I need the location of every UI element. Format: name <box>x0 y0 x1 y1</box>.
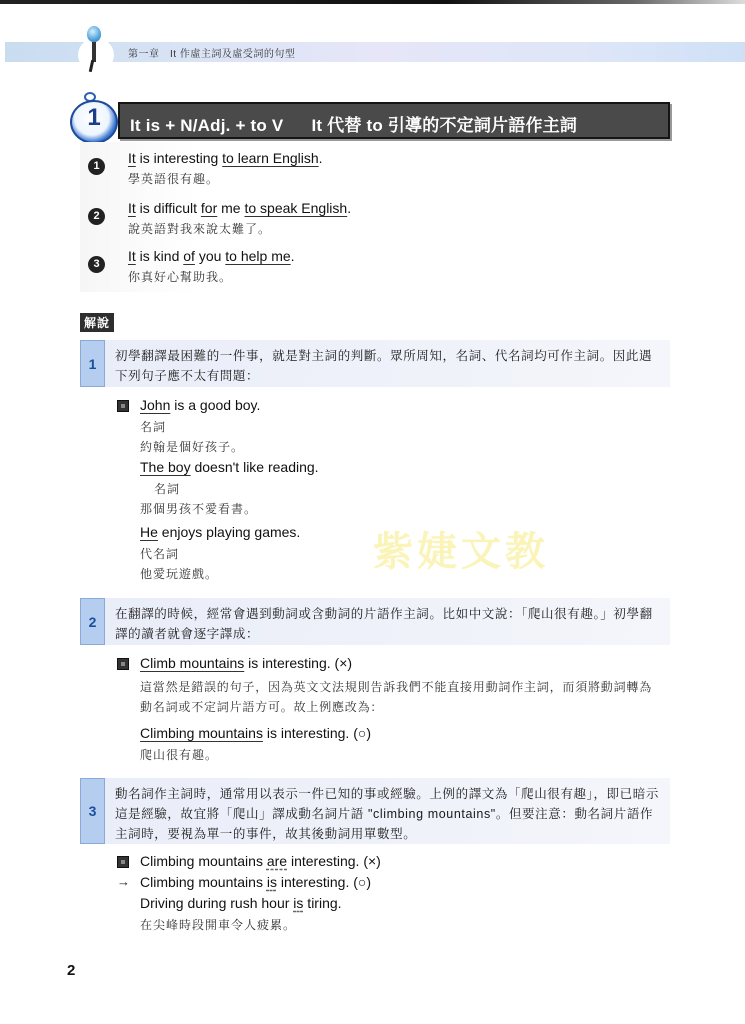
example-chinese: 那個男孩不愛看書。 <box>140 500 257 517</box>
example-chinese: 學英語很有趣。 <box>128 170 219 187</box>
example-chinese: 爬山很有趣。 <box>140 746 218 763</box>
lightbulb-icon <box>78 24 114 76</box>
example-english: John is a good boy. <box>140 397 260 413</box>
chapter-header-band <box>5 42 745 62</box>
section-number: 1 <box>70 104 118 132</box>
circled-number-icon: 3 <box>88 256 105 273</box>
example-marker-icon <box>117 400 129 412</box>
example-chinese: 你真好心幫助我。 <box>128 268 232 285</box>
note-2-examples: Climb mountains is interesting. (×) 這當然是… <box>117 655 677 765</box>
arrow-right-icon: → <box>117 874 130 889</box>
example-english: The boy doesn't like reading. <box>140 459 319 475</box>
example-chinese: 說英語對我來說太難了。 <box>128 220 271 237</box>
example-chinese: 他愛玩遊戲。 <box>140 565 218 582</box>
grammar-tag: 代名詞 <box>140 545 179 562</box>
page-number: 2 <box>67 962 75 979</box>
note-number: 3 <box>80 778 105 844</box>
note-text: 初學翻譯最困難的一件事，就是對主詞的判斷。眾所周知，名詞、代名詞均可作主詞。因此… <box>115 346 665 386</box>
example-row: 3 It is kind of you to help me. 你真好心幫助我。 <box>80 242 670 290</box>
section-title-en: It is + N/Adj. + to V <box>130 116 283 135</box>
note-3-examples: Climbing mountains are interesting. (×) … <box>117 853 677 933</box>
example-english: He enjoys playing games. <box>140 524 300 540</box>
example-marker-icon <box>117 658 129 670</box>
watermark: 紫婕文教 <box>373 520 549 577</box>
example-english: Driving during rush hour is tiring. <box>140 895 342 911</box>
note-number: 1 <box>80 340 105 387</box>
chapter-title: 第一章 It 作虛主詞及虛受詞的句型 <box>128 45 295 60</box>
explanation-label: 解說 <box>80 313 114 332</box>
example-marker-icon <box>117 856 129 868</box>
wrong-example: Climb mountains is interesting. (×) <box>140 655 352 671</box>
note-number: 2 <box>80 598 105 645</box>
correct-example: Climbing mountains is interesting. (○) <box>140 874 371 890</box>
example-sentences: 1 It is interesting to learn English. 學英… <box>80 142 670 292</box>
note-box-1: 1 初學翻譯最困難的一件事，就是對主詞的判斷。眾所周知，名詞、代名詞均可作主詞。… <box>80 340 670 387</box>
section-title-bar: It is + N/Adj. + to VIt 代替 to 引導的不定詞片語作主… <box>118 102 670 139</box>
grammar-tag: 名詞 <box>154 480 180 497</box>
note-text: 在翻譯的時候，經常會遇到動詞或含動詞的片語作主詞。比如中文說：「爬山很有趣。」初… <box>115 604 665 644</box>
section-title-zh: It 代替 to 引導的不定詞片語作主詞 <box>311 116 577 135</box>
scan-top-edge <box>0 0 745 4</box>
example-chinese: 約翰是個好孩子。 <box>140 438 244 455</box>
correct-example: Climbing mountains is interesting. (○) <box>140 725 371 741</box>
note-box-3: 3 動名詞作主詞時，通常用以表示一件已知的事或經驗。上例的譯文為「爬山很有趣」，… <box>80 778 670 844</box>
example-row: 2 It is difficult for me to speak Englis… <box>80 194 670 242</box>
example-english: It is kind of you to help me. <box>128 248 295 264</box>
wrong-example: Climbing mountains are interesting. (×) <box>140 853 381 869</box>
circled-number-icon: 2 <box>88 208 105 225</box>
example-row: 1 It is interesting to learn English. 學英… <box>80 144 670 192</box>
example-english: It is interesting to learn English. <box>128 150 323 166</box>
section-number-badge: 1 <box>70 98 120 144</box>
grammar-tag: 名詞 <box>140 418 166 435</box>
example-chinese: 在尖峰時段開車令人疲累。 <box>140 916 296 933</box>
note-box-2: 2 在翻譯的時候，經常會遇到動詞或含動詞的片語作主詞。比如中文說：「爬山很有趣。… <box>80 598 670 645</box>
note-text: 動名詞作主詞時，通常用以表示一件已知的事或經驗。上例的譯文為「爬山很有趣」，即已… <box>115 784 665 844</box>
circled-number-icon: 1 <box>88 158 105 175</box>
explanation-text: 這當然是錯誤的句子，因為英文文法規則告訴我們不能直接用動詞作主詞，而須將動詞轉為… <box>140 677 660 717</box>
example-english: It is difficult for me to speak English. <box>128 200 351 216</box>
